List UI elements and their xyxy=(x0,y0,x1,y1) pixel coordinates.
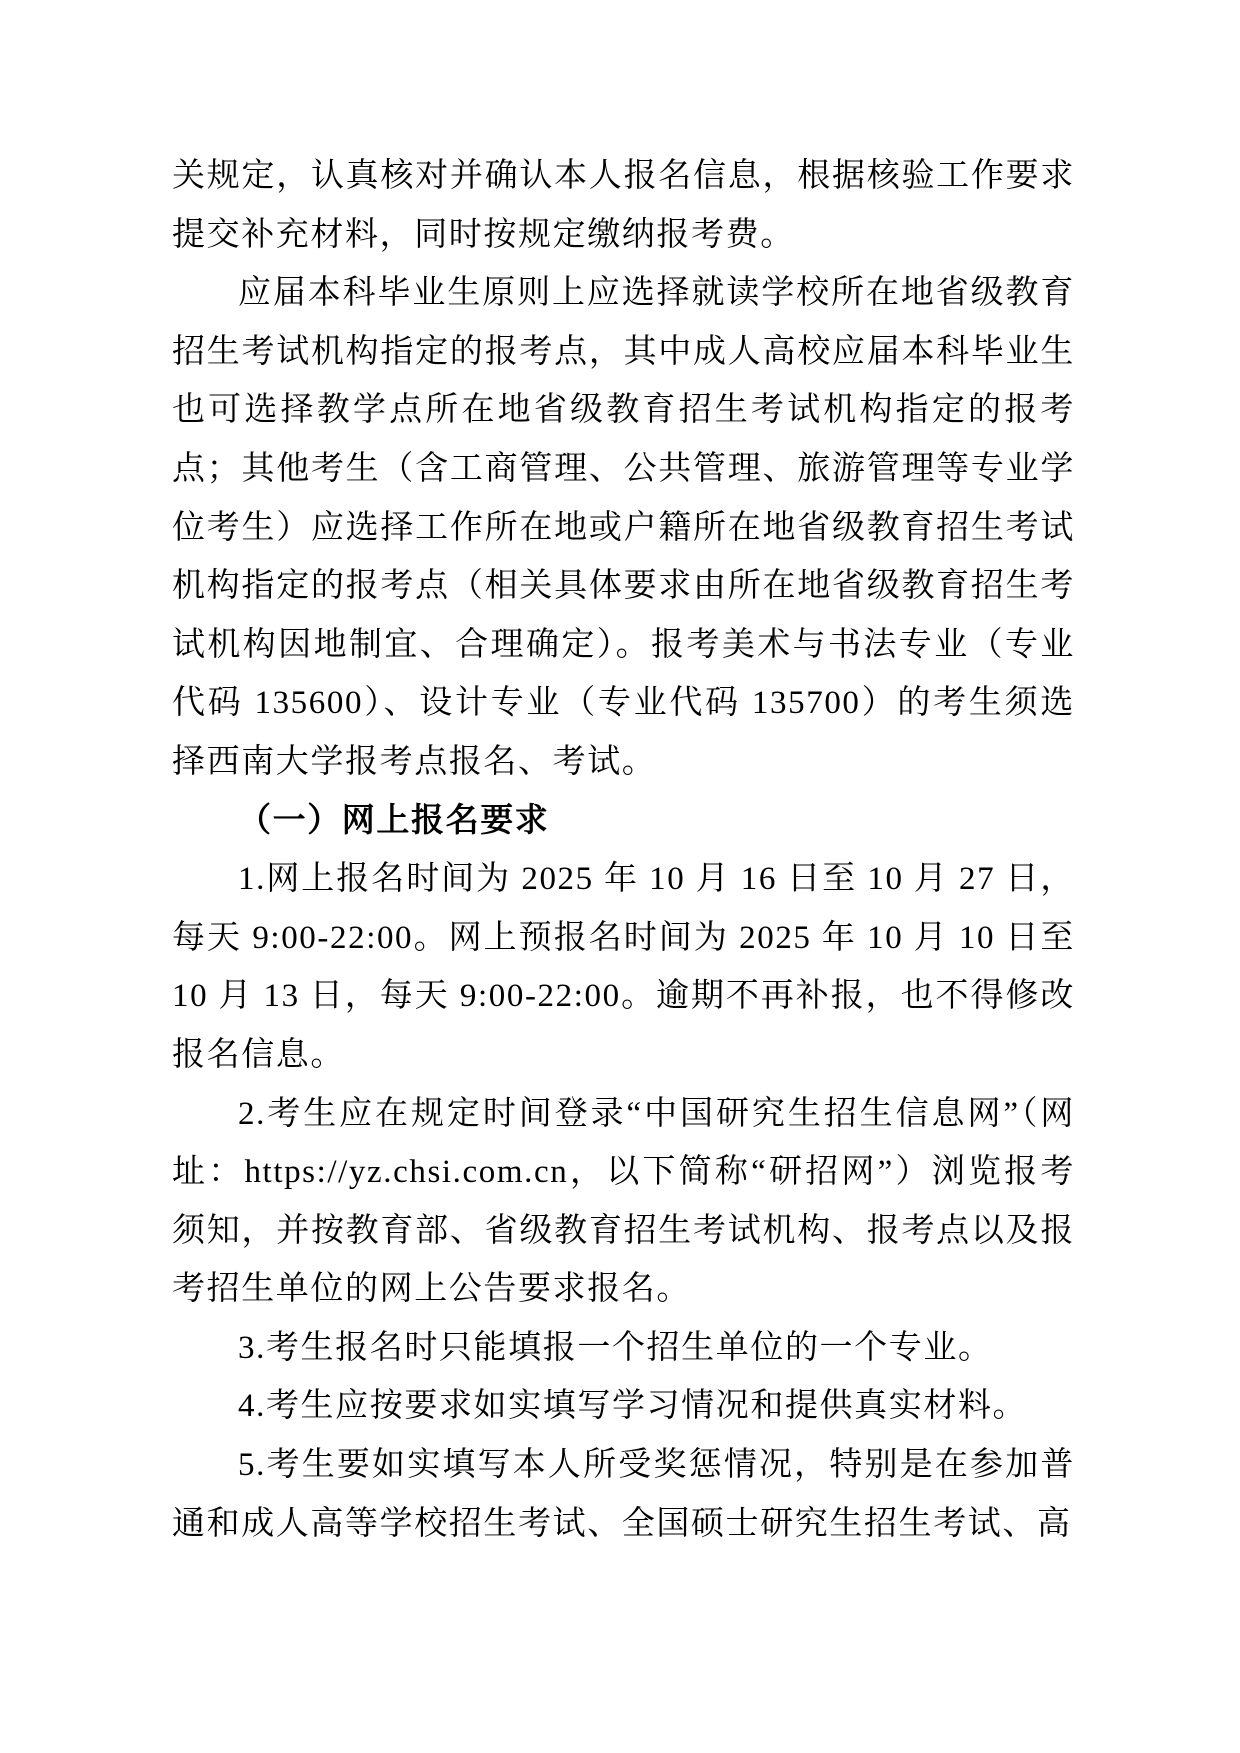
paragraph-item-5-rewards-punishments: 5.考生要如实填写本人所受奖惩情况，特别是在参加普通和成人高等学校招生考试、全国… xyxy=(172,1436,1075,1553)
paragraph-item-1-registration-time: 1.网上报名时间为 2025 年 10 月 16 日至 10 月 27 日，每天… xyxy=(172,850,1075,1084)
document-page: 关规定，认真核对并确认本人报名信息，根据核验工作要求提交补充材料，同时按规定缴纳… xyxy=(0,0,1240,1753)
paragraph-item-4-truthful-info: 4.考生应按要求如实填写学习情况和提供真实材料。 xyxy=(172,1377,1075,1436)
section-heading-online-registration: （一）网上报名要求 xyxy=(172,792,1075,851)
document-body: 关规定，认真核对并确认本人报名信息，根据核验工作要求提交补充材料，同时按规定缴纳… xyxy=(172,147,1075,1553)
paragraph-item-2-chsi-website: 2.考生应在规定时间登录“中国研究生招生信息网”（网址：https://yz.c… xyxy=(172,1085,1075,1319)
paragraph-continuation: 关规定，认真核对并确认本人报名信息，根据核验工作要求提交补充材料，同时按规定缴纳… xyxy=(172,147,1075,264)
paragraph-report-point-rules: 应届本科毕业生原则上应选择就读学校所在地省级教育招生考试机构指定的报考点，其中成… xyxy=(172,264,1075,791)
paragraph-item-3-single-choice: 3.考生报名时只能填报一个招生单位的一个专业。 xyxy=(172,1319,1075,1378)
